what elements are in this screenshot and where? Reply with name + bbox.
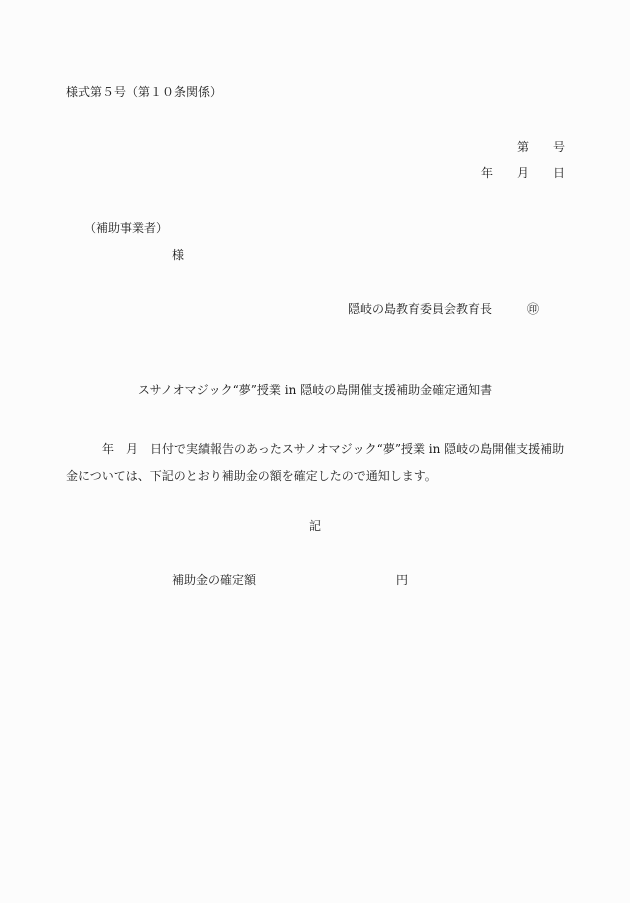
recipient-honorific: 様 (172, 247, 184, 263)
document-page: 様式第５号（第１０条関係） 第 号 年 月 日 （補助事業者） 様 隠岐の島教育… (0, 0, 630, 903)
amount-label: 補助金の確定額 (172, 572, 256, 588)
body-line: 年 月 日付で実績報告のあったスサノオマジック“夢”授業 in 隠岐の島開催支援… (66, 436, 566, 463)
amount-unit: 円 (396, 572, 408, 588)
seal-icon: ㊞ (527, 301, 539, 317)
document-date: 年 月 日 (481, 165, 565, 181)
form-number: 様式第５号（第１０条関係） (66, 84, 222, 100)
document-number: 第 号 (517, 139, 565, 155)
ki-heading: 記 (0, 518, 630, 534)
document-title: スサノオマジック“夢”授業 in 隠岐の島開催支援補助金確定通知書 (0, 382, 630, 398)
recipient-label: （補助事業者） (84, 220, 168, 236)
body-line: 金については、下記のとおり補助金の額を確定したので通知します。 (66, 463, 566, 490)
issuer-name: 隠岐の島教育委員会教育長 (348, 301, 492, 317)
body-paragraph: 年 月 日付で実績報告のあったスサノオマジック“夢”授業 in 隠岐の島開催支援… (66, 436, 566, 490)
